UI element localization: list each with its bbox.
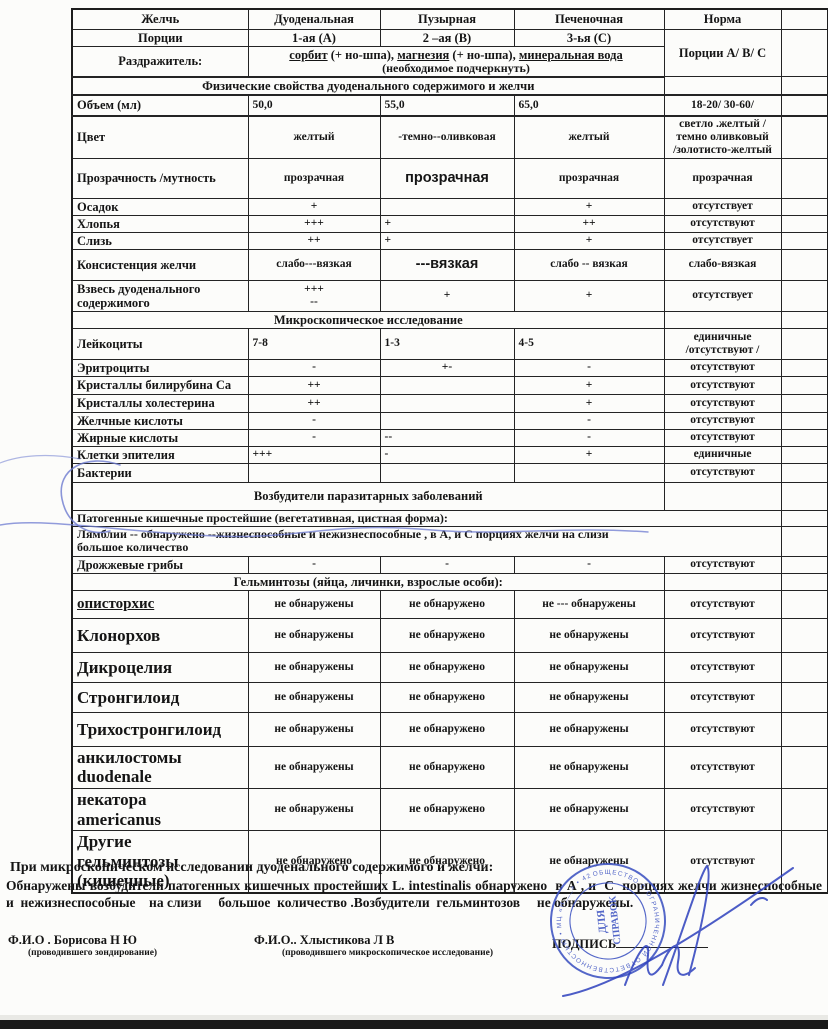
result-value-cell: не обнаружено [380,618,514,652]
table-row: Клетки эпителия+++-+единичные [72,446,828,463]
result-value-cell: не обнаружено [380,590,514,618]
result-value-cell: не обнаружены [514,652,664,682]
result-value-cell: прозрачная [380,158,514,198]
result-value-cell: желтый [248,116,380,158]
table-row: Стронгилоидне обнаруженыне обнаруженоне … [72,682,828,712]
result-value-cell: + [514,446,664,463]
parameter-label-cell: Бактерии [72,463,248,482]
result-value-cell: не обнаружено [380,712,514,746]
table-row: Бактерииотсутствуют [72,463,828,482]
table-row: Трихостронгилоидне обнаруженыне обнаруже… [72,712,828,746]
result-value-cell: + [514,394,664,412]
result-value-cell: не обнаружены [248,746,380,788]
result-value-cell: 1-3 [380,328,514,359]
signature-line [616,935,708,948]
parameter-label-cell: Прозрачность /мутность [72,158,248,198]
result-value-cell: -- [380,429,514,446]
extra-cell [781,682,828,712]
result-value-cell: + [380,280,514,311]
section-row: Физические свойства дуоденального содерж… [72,77,828,95]
norm-value-cell: отсутствуют [664,556,781,573]
table-row: Лейкоциты7-81-34-5единичные /отсутствуют… [72,328,828,359]
scan-edge-bar [0,1020,828,1029]
result-value-cell: не обнаружено [380,682,514,712]
result-value-cell: -темно--оливковая [380,116,514,158]
extra-cell [781,618,828,652]
section-title-cell: Физические свойства дуоденального содерж… [72,77,664,95]
section-row: Лямблии -- обнаружено --жизнеспособные и… [72,527,828,557]
result-value-cell: ++ [248,232,380,249]
parameter-label-cell: описторхис [72,590,248,618]
result-value-cell: не обнаружены [248,788,380,830]
irritant-option: минеральная вода [519,48,623,62]
parameter-label-cell: Консистенция желчи [72,249,248,280]
result-value-cell: + [514,376,664,394]
parameter-label-cell: Кристаллы билирубина Са [72,376,248,394]
extra-cell [781,573,828,590]
result-value-cell: - [380,556,514,573]
result-value-cell: не обнаружены [248,682,380,712]
extra-cell [781,328,828,359]
norm-empty-cell [664,482,781,510]
parameter-label-cell: Желчные кислоты [72,412,248,429]
portions-row: Порции 1-ая (А) 2 –ая (В) 3-ья (С) Порци… [72,29,828,46]
result-value-cell: 4-5 [514,328,664,359]
irritant-option: сорбит [289,48,327,62]
section-row: Микроскопическое исследование [72,311,828,328]
result-value-cell: - [248,359,380,376]
extra-cell [781,232,828,249]
header-duodenal: Дуоденальная [248,9,380,29]
result-value-cell: не обнаружены [248,618,380,652]
result-value-cell: ---вязкая [380,249,514,280]
norm-value-cell: светло .желтый / темно оливковый /золоти… [664,116,781,158]
portion-b: 2 –ая (В) [380,29,514,46]
result-value-cell: ++ [514,215,664,232]
irritant-label: Раздражитель: [72,46,248,77]
table-row: Жирные кислоты----отсутствуют [72,429,828,446]
norm-value-cell: отсутствуют [664,712,781,746]
result-value-cell [380,376,514,394]
result-value-cell: - [514,556,664,573]
norm-value-cell: единичные /отсутствуют / [664,328,781,359]
result-value-cell: не обнаружено [380,652,514,682]
result-value-cell: + [380,232,514,249]
irritant-options-line: сорбит (+ но-шпа), магнезия (+ но-шпа), … [289,48,622,62]
table-row: описторхисне обнаруженыне обнаруженоне -… [72,590,828,618]
result-value-cell: не обнаружены [514,746,664,788]
result-value-cell: 65,0 [514,95,664,116]
result-value-cell: - [514,359,664,376]
extra-cell [781,556,828,573]
table-header-row: Желчь Дуоденальная Пузырная Печеночная Н… [72,9,828,29]
table-row: Прозрачность /мутностьпрозрачнаяпрозрачн… [72,158,828,198]
table-row: Слизь++++отсутствует [72,232,828,249]
table-row: Хлопья++++++отсутствуют [72,215,828,232]
result-value-cell: +++ [248,215,380,232]
extra-cell [781,77,828,95]
norm-value-cell: 18-20/ 30-60/ [664,95,781,116]
analysis-table: Желчь Дуоденальная Пузырная Печеночная Н… [71,8,828,894]
result-value-cell: ++ [248,376,380,394]
portion-c: 3-ья (С) [514,29,664,46]
portion-a: 1-ая (А) [248,29,380,46]
result-value-cell: - [514,412,664,429]
extra-cell [781,280,828,311]
norm-value-cell: отсутствует [664,198,781,215]
table-row: Объем (мл)50,055,065,018-20/ 30-60/ [72,95,828,116]
fio-microscopy-sub: (проводившего микроскопическое исследова… [282,948,493,958]
footer-conclusion: Обнаружены возбудители патогенных кишечн… [0,876,828,911]
norm-value-cell: отсутствуют [664,412,781,429]
norm-value-cell: отсутствуют [664,215,781,232]
extra-cell [781,29,828,77]
result-value-cell: + [248,198,380,215]
fio-sounding-sub: (проводившего зондирование) [28,948,157,958]
extra-cell [781,446,828,463]
header-bile: Желчь [72,9,248,29]
parameter-label-cell: Кристаллы холестерина [72,394,248,412]
parameter-label-cell: Клетки эпителия [72,446,248,463]
table-row: некатора americanusне обнаруженыне обнар… [72,788,828,830]
parameter-label-cell: Осадок [72,198,248,215]
extra-cell [781,527,828,557]
extra-cell [781,394,828,412]
norm-value-cell: отсутствуют [664,359,781,376]
parameter-label-cell: Жирные кислоты [72,429,248,446]
extra-cell [781,510,828,526]
table-row: Желчные кислоты--отсутствуют [72,412,828,429]
parameter-label-cell: Дрожжевые грибы [72,556,248,573]
table-row: Взвесь дуоденального содержимого+++ --++… [72,280,828,311]
result-value-cell: слабо---вязкая [248,249,380,280]
scanned-document-page: Желчь Дуоденальная Пузырная Печеночная Н… [0,0,828,1029]
section-row: Патогенные кишечные простейшие (вегетати… [72,510,828,526]
norm-value-cell: отсутствуют [664,652,781,682]
norm-value-cell: отсутствует [664,232,781,249]
result-value-cell [380,412,514,429]
result-value-cell: ++ [248,394,380,412]
norm-value-cell: отсутствуют [664,682,781,712]
parameter-label-cell: анкилостомы duodenale [72,746,248,788]
parameter-label-cell: Цвет [72,116,248,158]
result-value-cell: не --- обнаружены [514,590,664,618]
result-value-cell: +++ -- [248,280,380,311]
section-title-cell: Микроскопическое исследование [72,311,664,328]
parameter-label-cell: Взвесь дуоденального содержимого [72,280,248,311]
result-value-cell: + [514,280,664,311]
footer-title: При микроскопическом исследовании дуоден… [0,860,828,876]
result-value-cell: не обнаружено [380,788,514,830]
extra-cell [781,9,828,29]
parameter-label-cell: Дикроцелия [72,652,248,682]
parameter-label-cell: Хлопья [72,215,248,232]
extra-cell [781,376,828,394]
norm-value-cell: отсутствуют [664,590,781,618]
table-row: Дикроцелияне обнаруженыне обнаруженоне о… [72,652,828,682]
norm-value-cell: отсутствуют [664,429,781,446]
norm-value-cell: отсутствует [664,280,781,311]
table-row: Консистенция желчислабо---вязкая---вязка… [72,249,828,280]
result-value-cell: - [248,429,380,446]
parameter-label-cell: Лейкоциты [72,328,248,359]
signature-label: ПОДПИСЬ [552,937,616,951]
free-text-cell: Патогенные кишечные простейшие (вегетати… [72,510,781,526]
result-value-cell: +- [380,359,514,376]
norm-value-cell: отсутствуют [664,788,781,830]
norm-value-cell: отсутствуют [664,463,781,482]
norm-value-cell: единичные [664,446,781,463]
result-value-cell: + [514,232,664,249]
extra-cell [781,712,828,746]
table-row: Цветжелтый-темно--оливковаяжелтыйсветло … [72,116,828,158]
result-value-cell [380,394,514,412]
result-value-cell: не обнаружены [248,590,380,618]
irritant-option: магнезия [397,48,449,62]
table-row: Дрожжевые грибы---отсутствуют [72,556,828,573]
extra-cell [781,158,828,198]
section-row: Возбудители паразитарных заболеваний [72,482,828,510]
result-value-cell: 50,0 [248,95,380,116]
result-value-cell: + [514,198,664,215]
result-value-cell: не обнаружены [514,712,664,746]
result-value-cell [248,463,380,482]
result-value-cell [380,463,514,482]
irritant-options-cell: сорбит (+ но-шпа), магнезия (+ но-шпа), … [248,46,664,77]
extra-cell [781,198,828,215]
parameter-label-cell: Клонорхов [72,618,248,652]
extra-cell [781,249,828,280]
parameter-label-cell: Эритроциты [72,359,248,376]
extra-cell [781,746,828,788]
result-value-cell: - [380,446,514,463]
extra-cell [781,429,828,446]
header-gallbladder: Пузырная [380,9,514,29]
extra-cell [781,412,828,429]
footer: При микроскопическом исследовании дуоден… [0,860,828,1020]
result-value-cell: 7-8 [248,328,380,359]
result-value-cell: + [380,215,514,232]
result-value-cell: не обнаружены [248,652,380,682]
section-title-cell: Возбудители паразитарных заболеваний [72,482,664,510]
table-row: Эритроциты-+--отсутствуют [72,359,828,376]
result-value-cell: прозрачная [514,158,664,198]
irritant-separator: (+ но-шпа), [449,48,519,62]
fio-microscopy: Ф.И.О.. Хлыстикова Л В [254,933,394,948]
result-value-cell: не обнаружены [514,682,664,712]
table-row: Осадок++отсутствует [72,198,828,215]
result-value-cell: слабо -- вязкая [514,249,664,280]
table-row: Клонорховне обнаруженыне обнаруженоне об… [72,618,828,652]
table-row: анкилостомы duodenaleне обнаруженыне обн… [72,746,828,788]
parameter-label-cell: Трихостронгилоид [72,712,248,746]
extra-cell [781,482,828,510]
norm-empty-cell [664,311,781,328]
parameter-label-cell: Объем (мл) [72,95,248,116]
norm-value-cell: отсутствуют [664,618,781,652]
norm-empty-cell [664,77,781,95]
result-value-cell: +++ [248,446,380,463]
table-row: Кристаллы билирубина Са+++отсутствуют [72,376,828,394]
norm-value-cell: слабо-вязкая [664,249,781,280]
result-value-cell: - [248,412,380,429]
extra-cell [781,215,828,232]
result-value-cell: не обнаружены [514,788,664,830]
irritant-note: (необходимое подчеркнуть) [253,62,660,75]
extra-cell [781,116,828,158]
result-value-cell [380,198,514,215]
norm-value-cell: отсутствуют [664,746,781,788]
norm-value-cell: отсутствуют [664,376,781,394]
parameter-label-cell: Стронгилоид [72,682,248,712]
extra-cell [781,463,828,482]
extra-cell [781,590,828,618]
result-value-cell: не обнаружено [380,746,514,788]
irritant-separator: (+ но-шпа), [328,48,398,62]
section-row: Гельминтозы (яйца, личинки, взрослые осо… [72,573,828,590]
header-hepatic: Печеночная [514,9,664,29]
norm-portions: Порции А/ В/ С [664,29,781,77]
parameter-label-cell: некатора americanus [72,788,248,830]
signature-field: ПОДПИСЬ [552,935,708,953]
result-value-cell: - [514,429,664,446]
extra-cell [781,359,828,376]
result-value-cell: прозрачная [248,158,380,198]
extra-cell [781,311,828,328]
extra-cell [781,95,828,116]
table-row: Кристаллы холестерина+++отсутствуют [72,394,828,412]
parameter-label-cell: Слизь [72,232,248,249]
fio-sounding: Ф.И.О . Борисова Н Ю [8,933,137,948]
result-value-cell: - [248,556,380,573]
extra-cell [781,652,828,682]
result-value-cell: 55,0 [380,95,514,116]
norm-empty-cell [664,573,781,590]
header-norm: Норма [664,9,781,29]
result-value-cell: не обнаружены [248,712,380,746]
section-title-cell: Гельминтозы (яйца, личинки, взрослые осо… [72,573,664,590]
free-text-cell: Лямблии -- обнаружено --жизнеспособные и… [72,527,781,557]
result-value-cell [514,463,664,482]
norm-value-cell: отсутствуют [664,394,781,412]
portions-label: Порции [72,29,248,46]
norm-value-cell: прозрачная [664,158,781,198]
result-value-cell: желтый [514,116,664,158]
result-value-cell: не обнаружены [514,618,664,652]
extra-cell [781,788,828,830]
